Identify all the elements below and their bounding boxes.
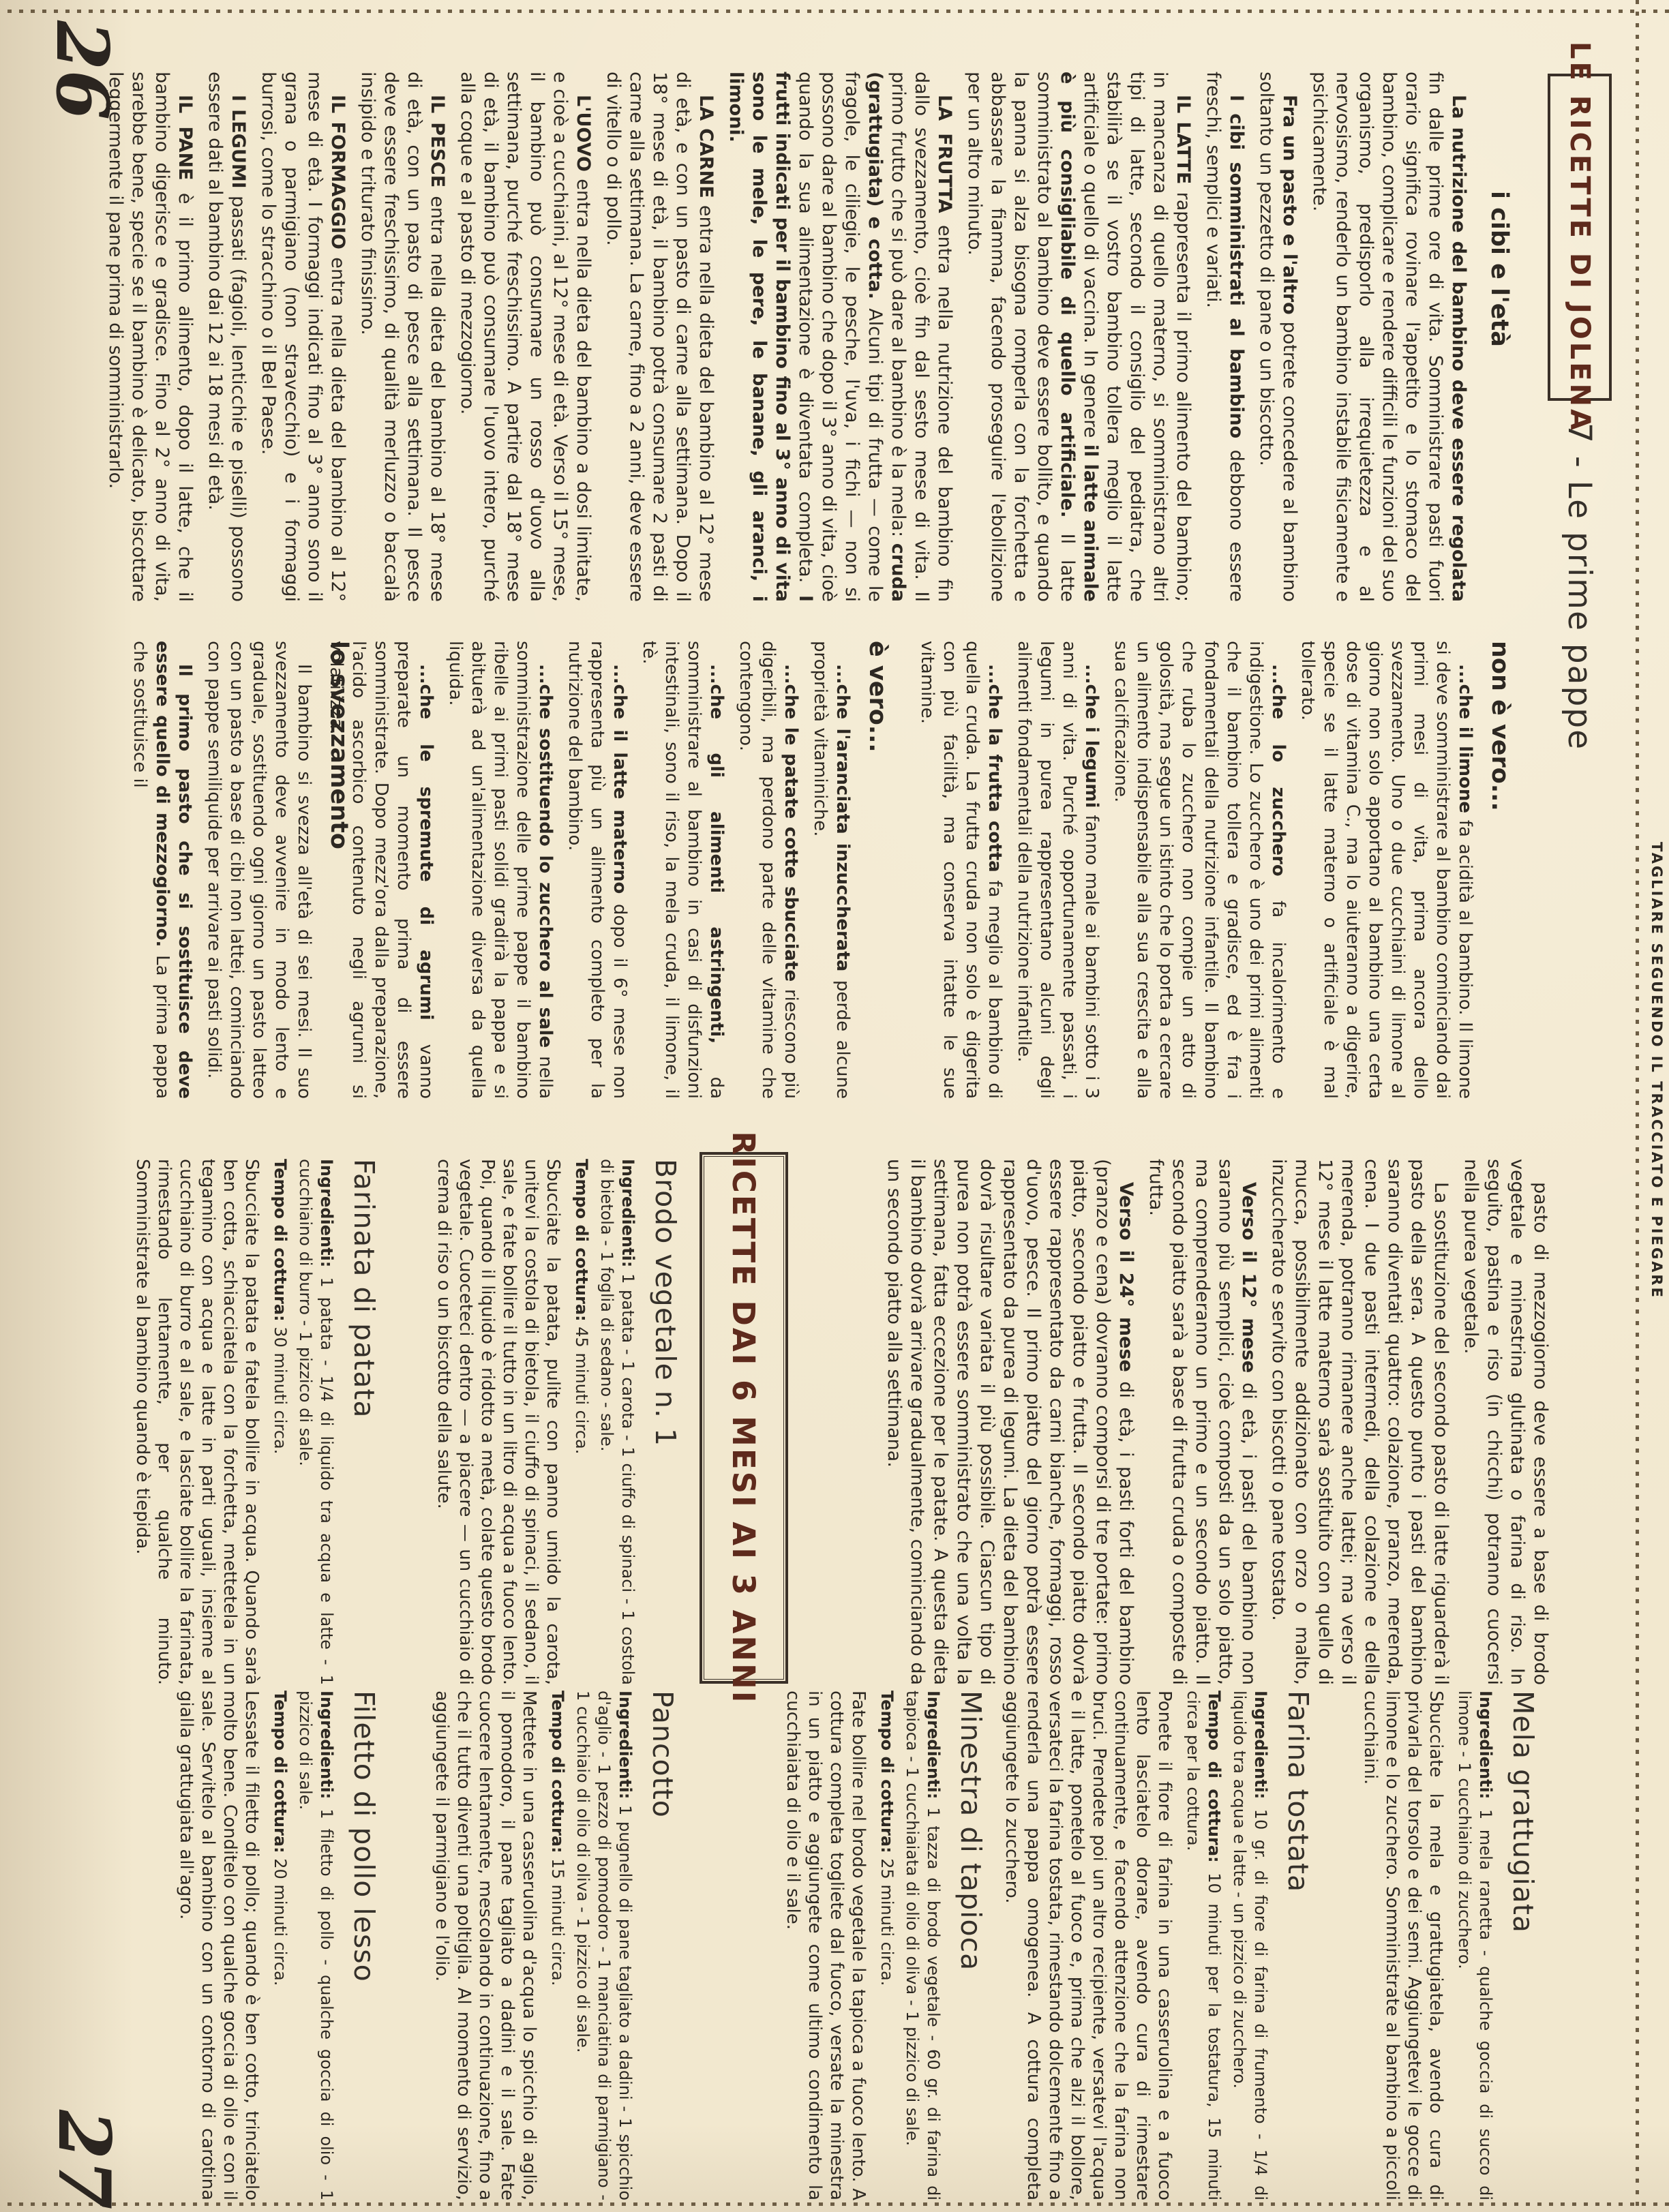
- recipe-ingredients: Ingredienti: 1 patata - 1 carota - 1 ciu…: [596, 1159, 638, 1685]
- paragraph: Il primo pasto che si sostituisce deve e…: [128, 641, 196, 1099]
- recipe-ingredients: Ingredienti: 1 pugnello di pane tagliato…: [572, 1691, 635, 2200]
- paragraph: ...che gli alimenti astringenti, da somm…: [637, 641, 727, 1099]
- recipe-body: Sbucciate la patata, pulite con panno um…: [433, 1159, 564, 1685]
- page-number-26: 26: [40, 20, 125, 120]
- paragraph: IL LATTE rappresenta il primo alimento d…: [963, 72, 1194, 602]
- svezzamento-section: lo svezzamento Il bambino si svezza all'…: [121, 641, 350, 1099]
- paragraph: Fra un pasto e l'altro potrete concedere…: [1254, 72, 1301, 602]
- svezzamento-heading: lo svezzamento: [327, 641, 350, 1099]
- recipe-block-filetto: Filetto di pollo lessoIngredienti: 1 fil…: [175, 1691, 380, 2200]
- weaning-continuation-column: pasto di mezzogiorno deve essere a base …: [875, 1159, 1552, 1685]
- recipe-body: Sbucciate la patata e fatela bollire in …: [132, 1159, 262, 1685]
- cut-line-right: [0, 2202, 1669, 2206]
- paragraph: LA FRUTTA entra nella nutrizione del bam…: [724, 72, 956, 602]
- recipe: PancottoIngredienti: 1 pugnello di pane …: [431, 1691, 679, 2200]
- recipe-block-pancotto: PancottoIngredienti: 1 pugnello di pane …: [431, 1691, 679, 2200]
- paragraph: ...che le patate cotte sbucciate riescon…: [734, 641, 802, 1099]
- paragraph: IL PANE è il primo alimento, dopo il lat…: [104, 72, 196, 602]
- paragraph: ...che il limone fa acidità al bambino. …: [1296, 641, 1476, 1099]
- recipe-cooking-time: Tempo di cottura: 45 minuti circa.: [571, 1159, 592, 1685]
- recipe: Minestra di tapiocaIngredienti: 1 tazza …: [782, 1691, 987, 2200]
- evero-items: ...che l'aranciata inzuccherata perde al…: [325, 641, 854, 1099]
- recipe-title: Brodo vegetale n. 1: [649, 1159, 682, 1685]
- cut-line-top: [1636, 0, 1639, 2212]
- evero-section: è vero... ...che l'aranciata inzuccherat…: [318, 641, 888, 1099]
- cut-line-left: [0, 10, 1669, 13]
- recipes-title-box: RICETTE DAI 6 MESI AI 3 ANNI: [700, 1152, 788, 1684]
- recipes-title: RICETTE DAI 6 MESI AI 3 ANNI: [726, 1132, 762, 1705]
- paragraph: pasto di mezzogiorno deve essere a base …: [1459, 1159, 1552, 1685]
- paragraph: Il bambino si svezza all'età di sei mesi…: [202, 641, 315, 1099]
- recipe-title: Filetto di pollo lesso: [348, 1691, 380, 2200]
- recipe-ingredients: Ingredienti: 1 patata - 1/4 di liquido t…: [295, 1159, 337, 1685]
- recipe-title: Farina tostata: [1282, 1691, 1314, 2200]
- nonvero-heading: non è vero...: [1488, 641, 1511, 1099]
- paragraph: La nutrizione del bambino deve essere re…: [1308, 72, 1470, 602]
- recipe: Brodo vegetale n. 1Ingredienti: 1 patata…: [433, 1159, 682, 1685]
- paragraph: La sostituzione del secondo pasto di lat…: [1267, 1159, 1452, 1685]
- magazine-scan: TAGLIARE SEGUENDO IL TRACCIATO E PIEGARE…: [0, 0, 1669, 2212]
- svezzamento-paragraphs: Il bambino si svezza all'età di sei mesi…: [128, 641, 315, 1099]
- cut-instruction-label: TAGLIARE SEGUENDO IL TRACCIATO E PIEGARE: [1649, 842, 1665, 1299]
- paragraph: ...che i legumi fanno male ai bambini so…: [1012, 641, 1102, 1099]
- nonvero-section: non è vero... ...che il limone fa acidit…: [909, 641, 1511, 1099]
- magazine-sheet-rotated: TAGLIARE SEGUENDO IL TRACCIATO E PIEGARE…: [0, 0, 1669, 2212]
- recipe-title: Mela grattugiata: [1507, 1691, 1539, 2200]
- page-number-27: 27: [42, 2110, 127, 2209]
- article-heading: i cibi e l'età: [1488, 191, 1511, 602]
- recipes-column-left-2: Farinata di patataIngredienti: 1 patata …: [132, 1159, 380, 1685]
- recipe-ingredients: Ingredienti: 1 mela ranetta - qualche go…: [1454, 1691, 1496, 2200]
- recipe-ingredients: Ingredienti: 1 filetto di pollo - qualch…: [295, 1691, 337, 2200]
- paragraph: Verso il 12° mese di età, i pasti del ba…: [1144, 1159, 1260, 1685]
- recipe: Mela grattugiataIngredienti: 1 mela rane…: [1359, 1691, 1539, 2200]
- paragraph: ...che l'aranciata inzuccherata perde al…: [809, 641, 854, 1099]
- paragraph: ...che sostituendo lo zucchero al sale n…: [444, 641, 556, 1099]
- recipe-body: Fate bollire nel brodo vegetale la tapio…: [782, 1691, 869, 2200]
- recipe-title: Farinata di patata: [348, 1159, 380, 1685]
- recipe-block-mela: Mela grattugiataIngredienti: 1 mela rane…: [1359, 1691, 1539, 2200]
- paragraph: I cibi somministrati al bambino debbono …: [1201, 72, 1248, 602]
- series-title: 7 - Le prime pappe: [1561, 423, 1598, 751]
- paragraph: LA CARNE entra nella dieta del bambino a…: [601, 72, 717, 602]
- recipe-title: Pancotto: [646, 1691, 679, 2200]
- paragraph: L'UOVO entra nella dieta del bambino a d…: [455, 72, 595, 602]
- paragraph: ...che il latte materno dopo il 6° mese …: [563, 641, 631, 1099]
- paragraph: I LEGUMI passati (fagioli, lenticchie e …: [203, 72, 250, 602]
- recipe-title: Minestra di tapioca: [954, 1691, 987, 2200]
- recipe-body: Ponete il fiore di farina in una casseru…: [1001, 1691, 1175, 2200]
- article-paragraphs: La nutrizione del bambino deve essere re…: [104, 72, 1470, 602]
- recipe-cooking-time: Tempo di cottura: 30 minuti circa.: [269, 1159, 290, 1685]
- recipe-cooking-time: Tempo di cottura: 10 minuti per la tosta…: [1182, 1691, 1224, 2200]
- recipe-cooking-time: Tempo di cottura: 25 minuti circa.: [876, 1691, 897, 2200]
- recipe-cooking-time: Tempo di cottura: 15 minuti circa.: [547, 1691, 568, 2200]
- recipe-body: Mettete in una casseruolina d'acqua lo s…: [431, 1691, 540, 2200]
- paragraph: ...che la frutta cotta fa meglio al bamb…: [916, 641, 1006, 1099]
- weaning-paragraphs: pasto di mezzogiorno deve essere a base …: [882, 1159, 1552, 1685]
- rubric-title-box: LE RICETTE DI JOLENA: [1548, 74, 1612, 401]
- recipe: Farina tostataIngredienti: 10 gr. di fio…: [1001, 1691, 1314, 2200]
- recipe-body: Lessate il filetto di pollo; quando è be…: [175, 1691, 262, 2200]
- recipe-ingredients: Ingredienti: 10 gr. di fiore di farina d…: [1229, 1691, 1271, 2200]
- nonvero-items: ...che il limone fa acidità al bambino. …: [916, 641, 1476, 1099]
- recipe-block-minestra: Minestra di tapiocaIngredienti: 1 tazza …: [782, 1691, 987, 2200]
- evero-heading: è vero...: [866, 641, 888, 1099]
- article-column: i cibi e l'età La nutrizione del bambino…: [97, 72, 1511, 602]
- recipe-block-farina-tostata: Farina tostataIngredienti: 10 gr. di fio…: [1001, 1691, 1314, 2200]
- rubric-title: LE RICETTE DI JOLENA: [1564, 42, 1595, 433]
- recipes-column-left: Brodo vegetale n. 1Ingredienti: 1 patata…: [433, 1159, 682, 1685]
- recipe: Farinata di patataIngredienti: 1 patata …: [132, 1159, 380, 1685]
- recipe-ingredients: Ingredienti: 1 tazza di brodo vegetale -…: [901, 1691, 944, 2200]
- recipe-body: Sbucciate la mela e grattugiatela, avend…: [1359, 1691, 1447, 2200]
- paragraph: IL FORMAGGIO entra nella dieta del bambi…: [256, 72, 349, 602]
- paragraph: Verso il 24° mese di età, i pasti forti …: [882, 1159, 1137, 1685]
- paragraph: IL PESCE entra nella dieta del bambino a…: [356, 72, 449, 602]
- recipe: Filetto di pollo lessoIngredienti: 1 fil…: [175, 1691, 380, 2200]
- paragraph: ...che lo zucchero fa incalorimento e in…: [1109, 641, 1289, 1099]
- recipe-cooking-time: Tempo di cottura: 20 minuti circa.: [269, 1691, 290, 2200]
